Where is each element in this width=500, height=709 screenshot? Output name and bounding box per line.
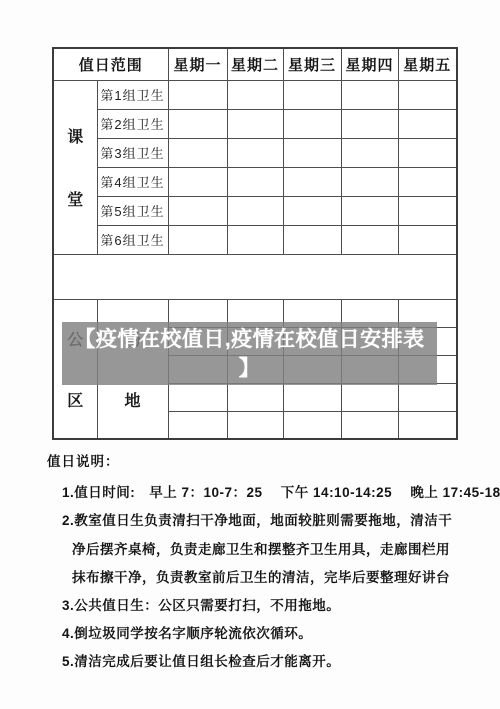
schedule-cell: [341, 80, 398, 109]
schedule-cell: [227, 109, 283, 138]
note-line: 4.倒垃圾同学按名字顺序轮流依次循环。: [62, 620, 487, 648]
schedule-cell: [341, 138, 398, 167]
schedule-cell: [283, 167, 341, 196]
group-2-label: 第2组卫生: [97, 109, 168, 138]
schedule-cell: [283, 109, 341, 138]
schedule-cell: [341, 383, 398, 411]
group-5-label: 第5组卫生: [97, 196, 168, 225]
table-header-row: 值日范围 星期一 星期二 星期三 星期四 星期五: [53, 48, 457, 80]
schedule-cell: [227, 411, 283, 439]
schedule-cell: [341, 196, 398, 225]
note-item-3: 3.公共值日生：公区只需要打扫，不用拖地。: [62, 592, 487, 620]
schedule-cell: [283, 383, 341, 411]
schedule-cell: [168, 109, 227, 138]
schedule-cell: [398, 167, 457, 196]
header-duty-range: 值日范围: [53, 48, 168, 80]
schedule-cell: [168, 167, 227, 196]
schedule-cell: [227, 138, 283, 167]
watermark-title-line-1: 【疫情在校值日,疫情在校值日安排表: [74, 325, 424, 354]
group-3-label: 第3组卫生: [97, 138, 168, 167]
schedule-cell: [398, 138, 457, 167]
document-page: 值日范围 星期一 星期二 星期三 星期四 星期五 课 堂 第1组卫生 第2组卫生…: [0, 0, 500, 709]
schedule-cell: [341, 109, 398, 138]
schedule-cell: [341, 167, 398, 196]
separator-row: [53, 254, 457, 299]
schedule-cell: [283, 196, 341, 225]
schedule-cell: [227, 80, 283, 109]
public-area-char-2: 区: [67, 388, 83, 411]
schedule-cell: [283, 225, 341, 254]
classroom-char-2: 堂: [67, 187, 83, 210]
duty-notes-section: 值日说明： 1.值日时间: 早上 7：10-7：25 下午 14:10-14:2…: [47, 448, 487, 677]
schedule-cell: [341, 411, 398, 439]
header-thursday: 星期四: [341, 48, 398, 80]
watermark-title-banner: 【疫情在校值日,疫情在校值日安排表 】: [62, 322, 437, 385]
note-line: 5.清洁完成后要让值日组长检查后才能离开。: [62, 648, 487, 676]
schedule-cell: [398, 411, 457, 439]
schedule-cell: [283, 80, 341, 109]
schedule-cell: [283, 411, 341, 439]
note-item-1: 1.值日时间: 早上 7：10-7：25 下午 14:10-14:25 晚上 1…: [62, 479, 487, 507]
schedule-cell: [168, 383, 227, 411]
note-item-4: 4.倒垃圾同学按名字顺序轮流依次循环。: [62, 620, 487, 648]
schedule-cell: [227, 383, 283, 411]
classroom-section-label: 课 堂: [53, 80, 97, 254]
table-row: 第4组卫生: [53, 167, 457, 196]
schedule-cell: [168, 80, 227, 109]
schedule-cell: [168, 411, 227, 439]
schedule-cell: [398, 109, 457, 138]
schedule-cell: [398, 383, 457, 411]
group-4-label: 第4组卫生: [97, 167, 168, 196]
schedule-cell: [227, 167, 283, 196]
table-row: 课 堂 第1组卫生: [53, 80, 457, 109]
watermark-title-line-2: 】: [239, 354, 261, 383]
schedule-cell: [168, 196, 227, 225]
schedule-cell: [168, 138, 227, 167]
group-1-label: 第1组卫生: [97, 80, 168, 109]
note-line: 3.公共值日生：公区只需要打扫，不用拖地。: [62, 592, 487, 620]
note-line: 净后摆齐桌椅，负责走廊卫生和摆整齐卫生用具，走廊围栏用: [62, 536, 487, 564]
note-item-5: 5.清洁完成后要让值日组长检查后才能离开。: [62, 648, 487, 676]
header-tuesday: 星期二: [227, 48, 283, 80]
schedule-cell: [341, 225, 398, 254]
separator-cell: [53, 254, 457, 299]
note-item-2: 2.教室值日生负责清扫干净地面，地面较脏则需要拖地，清洁干 净后摆齐桌椅，负责走…: [62, 507, 487, 592]
schedule-cell: [168, 225, 227, 254]
header-wednesday: 星期三: [283, 48, 341, 80]
group-6-label: 第6组卫生: [97, 225, 168, 254]
note-line: 抹布擦干净，负责教室前后卫生的清洁，完毕后要整理好讲台: [62, 564, 487, 592]
notes-title: 值日说明：: [47, 448, 487, 476]
header-monday: 星期一: [168, 48, 227, 80]
table-row: 第6组卫生: [53, 225, 457, 254]
table-row: 第3组卫生: [53, 138, 457, 167]
classroom-char-1: 课: [67, 124, 83, 147]
header-friday: 星期五: [398, 48, 457, 80]
schedule-cell: [227, 196, 283, 225]
schedule-cell: [398, 225, 457, 254]
notes-list: 1.值日时间: 早上 7：10-7：25 下午 14:10-14:25 晚上 1…: [62, 479, 487, 676]
schedule-cell: [227, 225, 283, 254]
schedule-cell: [283, 138, 341, 167]
public-place-char-2: 地: [124, 388, 140, 411]
table-row: 第2组卫生: [53, 109, 457, 138]
schedule-cell: [398, 80, 457, 109]
table-row: 第5组卫生: [53, 196, 457, 225]
note-line: 1.值日时间: 早上 7：10-7：25 下午 14:10-14:25 晚上 1…: [62, 479, 487, 507]
note-line: 2.教室值日生负责清扫干净地面，地面较脏则需要拖地，清洁干: [62, 507, 487, 535]
schedule-cell: [398, 196, 457, 225]
